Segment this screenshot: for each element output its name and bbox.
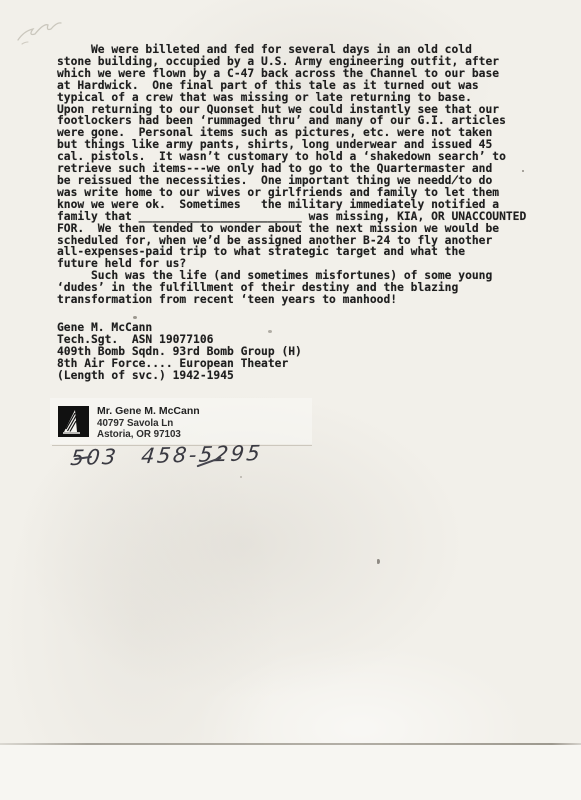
scan-speck xyxy=(377,559,380,564)
scanned-document-page: We were billeted and fed for several day… xyxy=(0,0,581,800)
handwritten-phone-number: 503 458-5295 xyxy=(69,441,264,470)
label-name: Mr. Gene M. McCann xyxy=(97,406,200,418)
return-address-label: Mr. Gene M. McCann 40797 Savola Ln Astor… xyxy=(50,398,312,444)
label-text: Mr. Gene M. McCann 40797 Savola Ln Astor… xyxy=(97,406,200,440)
typewritten-body-text: We were billeted and fed for several day… xyxy=(57,44,526,306)
scan-speck xyxy=(522,170,524,172)
signature-block: Gene M. McCann Tech.Sgt. ASN 19077106 40… xyxy=(57,322,302,382)
label-street: 40797 Savola Ln xyxy=(97,418,200,429)
scan-speck xyxy=(133,316,137,319)
scanner-background-strip xyxy=(0,745,581,800)
sailboat-logo-icon xyxy=(58,406,89,437)
scan-speck xyxy=(268,330,272,333)
label-city: Astoria, OR 97103 xyxy=(97,429,200,440)
scan-speck xyxy=(240,476,242,478)
